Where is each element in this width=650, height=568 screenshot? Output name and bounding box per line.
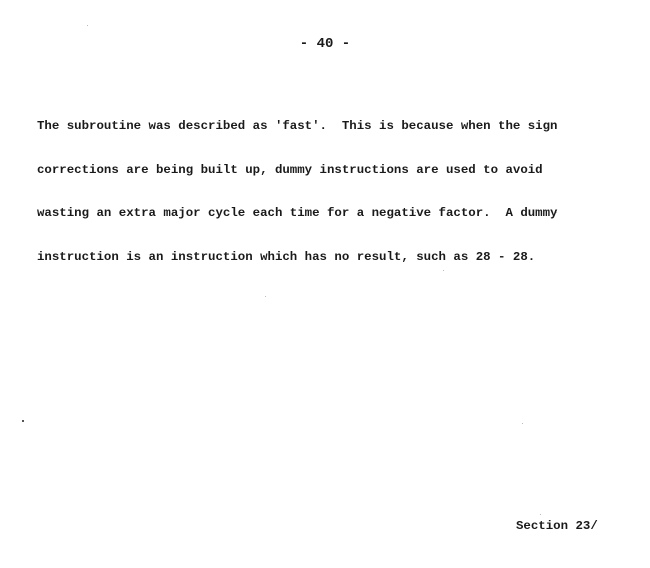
- scan-speck: [522, 423, 523, 424]
- page-number: - 40 -: [0, 36, 650, 52]
- paragraph-line: instruction is an instruction which has …: [37, 250, 637, 265]
- paragraph-line: corrections are being built up, dummy in…: [37, 163, 637, 178]
- scan-speck: [22, 420, 24, 422]
- scan-speck: [540, 514, 541, 515]
- paragraph-line: wasting an extra major cycle each time f…: [37, 206, 637, 221]
- body-paragraph: The subroutine was described as 'fast'. …: [37, 90, 637, 293]
- scan-speck: [443, 270, 444, 271]
- scan-speck: [415, 212, 416, 213]
- scan-speck: [556, 212, 557, 213]
- paragraph-line: The subroutine was described as 'fast'. …: [37, 119, 637, 134]
- scan-speck: [265, 296, 266, 297]
- section-continuation-reference: Section 23/: [516, 519, 598, 533]
- scan-speck: [87, 25, 88, 26]
